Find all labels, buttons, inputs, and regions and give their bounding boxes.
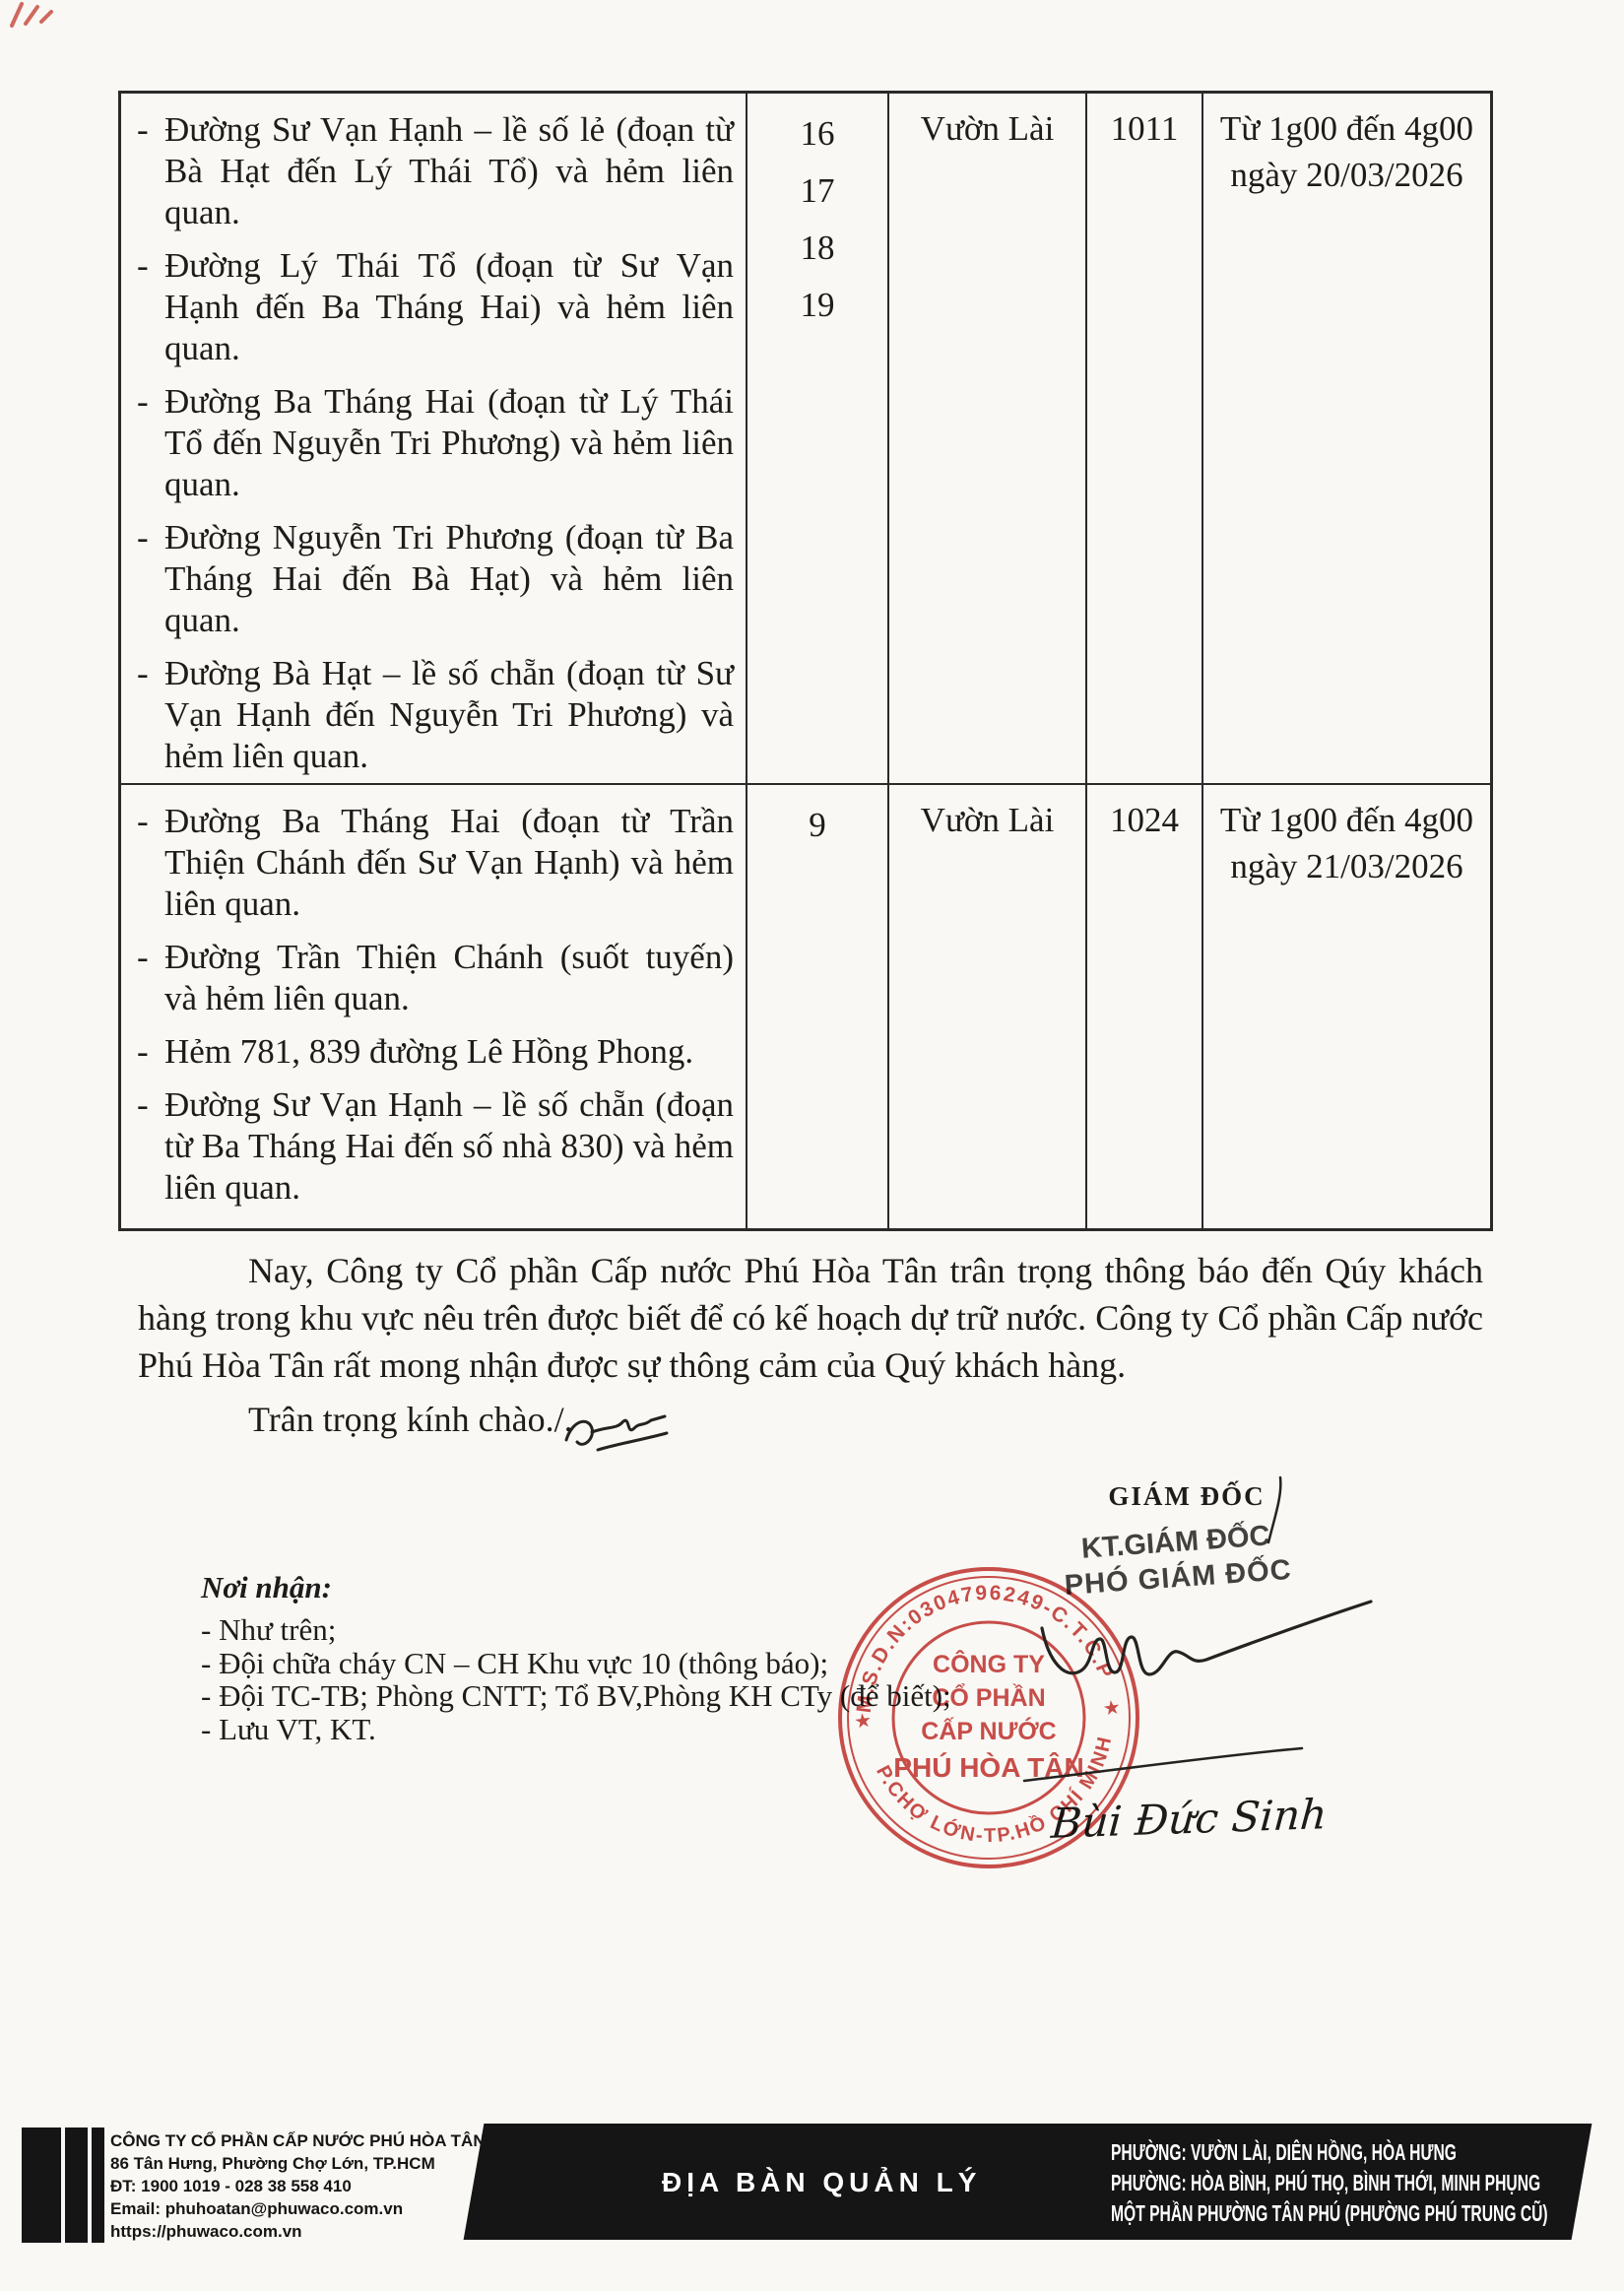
- outage-time-range: Từ 1g00 đến 4g00: [1203, 105, 1490, 152]
- ward-numbers-cell: 9: [747, 785, 889, 1228]
- outage-date: ngày 21/03/2026: [1203, 843, 1490, 889]
- area-name-cell: Vườn Lài: [889, 94, 1087, 783]
- water-outage-table: - Đường Sư Vạn Hạnh – lề số lẻ (đoạn từ …: [118, 91, 1493, 1231]
- list-dash: -: [137, 937, 164, 1019]
- street-text: Đường Bà Hạt – lề số chẵn (đoạn từ Sư Vạ…: [164, 653, 734, 777]
- list-dash: -: [137, 653, 164, 777]
- list-dash: -: [137, 381, 164, 505]
- dma-code-cell: 1011: [1087, 94, 1203, 783]
- street-text: Đường Lý Thái Tổ (đoạn từ Sư Vạn Hạnh đế…: [164, 245, 734, 369]
- street-item: - Đường Sư Vạn Hạnh – lề số lẻ (đoạn từ …: [137, 109, 734, 233]
- table-row: - Đường Ba Tháng Hai (đoạn từ Trần Thiện…: [121, 785, 1490, 1228]
- street-item: - Đường Trần Thiện Chánh (suốt tuyến) và…: [137, 937, 734, 1019]
- street-text: Đường Trần Thiện Chánh (suốt tuyến) và h…: [164, 937, 734, 1019]
- street-item: - Đường Ba Tháng Hai (đoạn từ Trần Thiện…: [137, 801, 734, 925]
- list-dash: -: [137, 1084, 164, 1209]
- banner-ward-line: MỘT PHẦN PHƯỜNG TÂN PHÚ (PHƯỜNG PHÚ TRUN…: [1111, 2198, 1460, 2229]
- outage-time-cell: Từ 1g00 đến 4g00 ngày 20/03/2026: [1203, 94, 1490, 783]
- street-item: - Đường Nguyễn Tri Phương (đoạn từ Ba Th…: [137, 517, 734, 641]
- signature-strokes: [1005, 1456, 1418, 1810]
- outage-date: ngày 20/03/2026: [1203, 152, 1490, 198]
- list-dash: -: [137, 245, 164, 369]
- outage-time-range: Từ 1g00 đến 4g00: [1203, 797, 1490, 843]
- notice-paragraph: Nay, Công ty Cổ phần Cấp nước Phú Hòa Tâ…: [138, 1247, 1483, 1389]
- area-name-cell: Vườn Lài: [889, 785, 1087, 1228]
- street-item: - Đường Ba Tháng Hai (đoạn từ Lý Thái Tổ…: [137, 381, 734, 505]
- ward-number: 9: [747, 797, 887, 854]
- street-item: - Đường Bà Hạt – lề số chẵn (đoạn từ Sư …: [137, 653, 734, 777]
- footer-company-info: CÔNG TY CỔ PHẦN CẤP NƯỚC PHÚ HÒA TÂN 86 …: [110, 2129, 486, 2243]
- ward-number: 18: [747, 220, 887, 277]
- document-page: - Đường Sư Vạn Hạnh – lề số lẻ (đoạn từ …: [0, 0, 1624, 2291]
- banner-ward-line: PHƯỜNG: VƯỜN LÀI, DIÊN HỒNG, HÒA HƯNG: [1111, 2137, 1460, 2168]
- street-text: Đường Sư Vạn Hạnh – lề số lẻ (đoạn từ Bà…: [164, 109, 734, 233]
- outage-time-cell: Từ 1g00 đến 4g00 ngày 21/03/2026: [1203, 785, 1490, 1228]
- dma-code-cell: 1024: [1087, 785, 1203, 1228]
- footer-email: Email: phuhoatan@phuwaco.com.vn: [110, 2197, 486, 2220]
- banner-ward-lines: PHƯỜNG: VƯỜN LÀI, DIÊN HỒNG, HÒA HƯNGPHƯ…: [1111, 2137, 1623, 2229]
- list-dash: -: [137, 1031, 164, 1073]
- list-dash: -: [137, 109, 164, 233]
- stamp-star-left-icon: ★: [853, 1710, 874, 1734]
- ward-number: 17: [747, 163, 887, 220]
- street-text: Hẻm 781, 839 đường Lê Hồng Phong.: [164, 1031, 734, 1073]
- closing-line: Trân trọng kính chào./.: [248, 1399, 573, 1440]
- street-text: Đường Ba Tháng Hai (đoạn từ Trần Thiện C…: [164, 801, 734, 925]
- street-item: - Hẻm 781, 839 đường Lê Hồng Phong.: [137, 1031, 734, 1073]
- street-list-cell: - Đường Ba Tháng Hai (đoạn từ Trần Thiện…: [121, 785, 747, 1228]
- street-item: - Đường Sư Vạn Hạnh – lề số chẵn (đoạn t…: [137, 1084, 734, 1209]
- footer-address: 86 Tân Hưng, Phường Chợ Lớn, TP.HCM: [110, 2152, 486, 2175]
- list-dash: -: [137, 801, 164, 925]
- scan-noise-mark: [6, 0, 65, 32]
- ward-numbers-cell: 16171819: [747, 94, 889, 783]
- banner-title: ĐỊA BÀN QUẢN LÝ: [662, 2167, 1075, 2198]
- handwritten-initial-mark: [556, 1399, 684, 1477]
- street-text: Đường Ba Tháng Hai (đoạn từ Lý Thái Tổ đ…: [164, 381, 734, 505]
- footer-logo-bar: [22, 2127, 61, 2243]
- street-text: Đường Sư Vạn Hạnh – lề số chẵn (đoạn từ …: [164, 1084, 734, 1209]
- footer-website: https://phuwaco.com.vn: [110, 2220, 486, 2243]
- ward-number: 19: [747, 277, 887, 334]
- street-item: - Đường Lý Thái Tổ (đoạn từ Sư Vạn Hạnh …: [137, 245, 734, 369]
- footer-phone: ĐT: 1900 1019 - 028 38 558 410: [110, 2175, 486, 2197]
- banner-ward-line: PHƯỜNG: HÒA BÌNH, PHÚ THỌ, BÌNH THỚI, MI…: [1111, 2168, 1460, 2198]
- ward-number: 16: [747, 105, 887, 163]
- street-list-cell: - Đường Sư Vạn Hạnh – lề số lẻ (đoạn từ …: [121, 94, 747, 783]
- street-text: Đường Nguyễn Tri Phương (đoạn từ Ba Thán…: [164, 517, 734, 641]
- footer-logo-bar: [92, 2127, 104, 2243]
- table-row: - Đường Sư Vạn Hạnh – lề số lẻ (đoạn từ …: [121, 94, 1490, 785]
- list-dash: -: [137, 517, 164, 641]
- footer-logo-bar: [65, 2127, 88, 2243]
- footer-company-name: CÔNG TY CỔ PHẦN CẤP NƯỚC PHÚ HÒA TÂN: [110, 2129, 486, 2152]
